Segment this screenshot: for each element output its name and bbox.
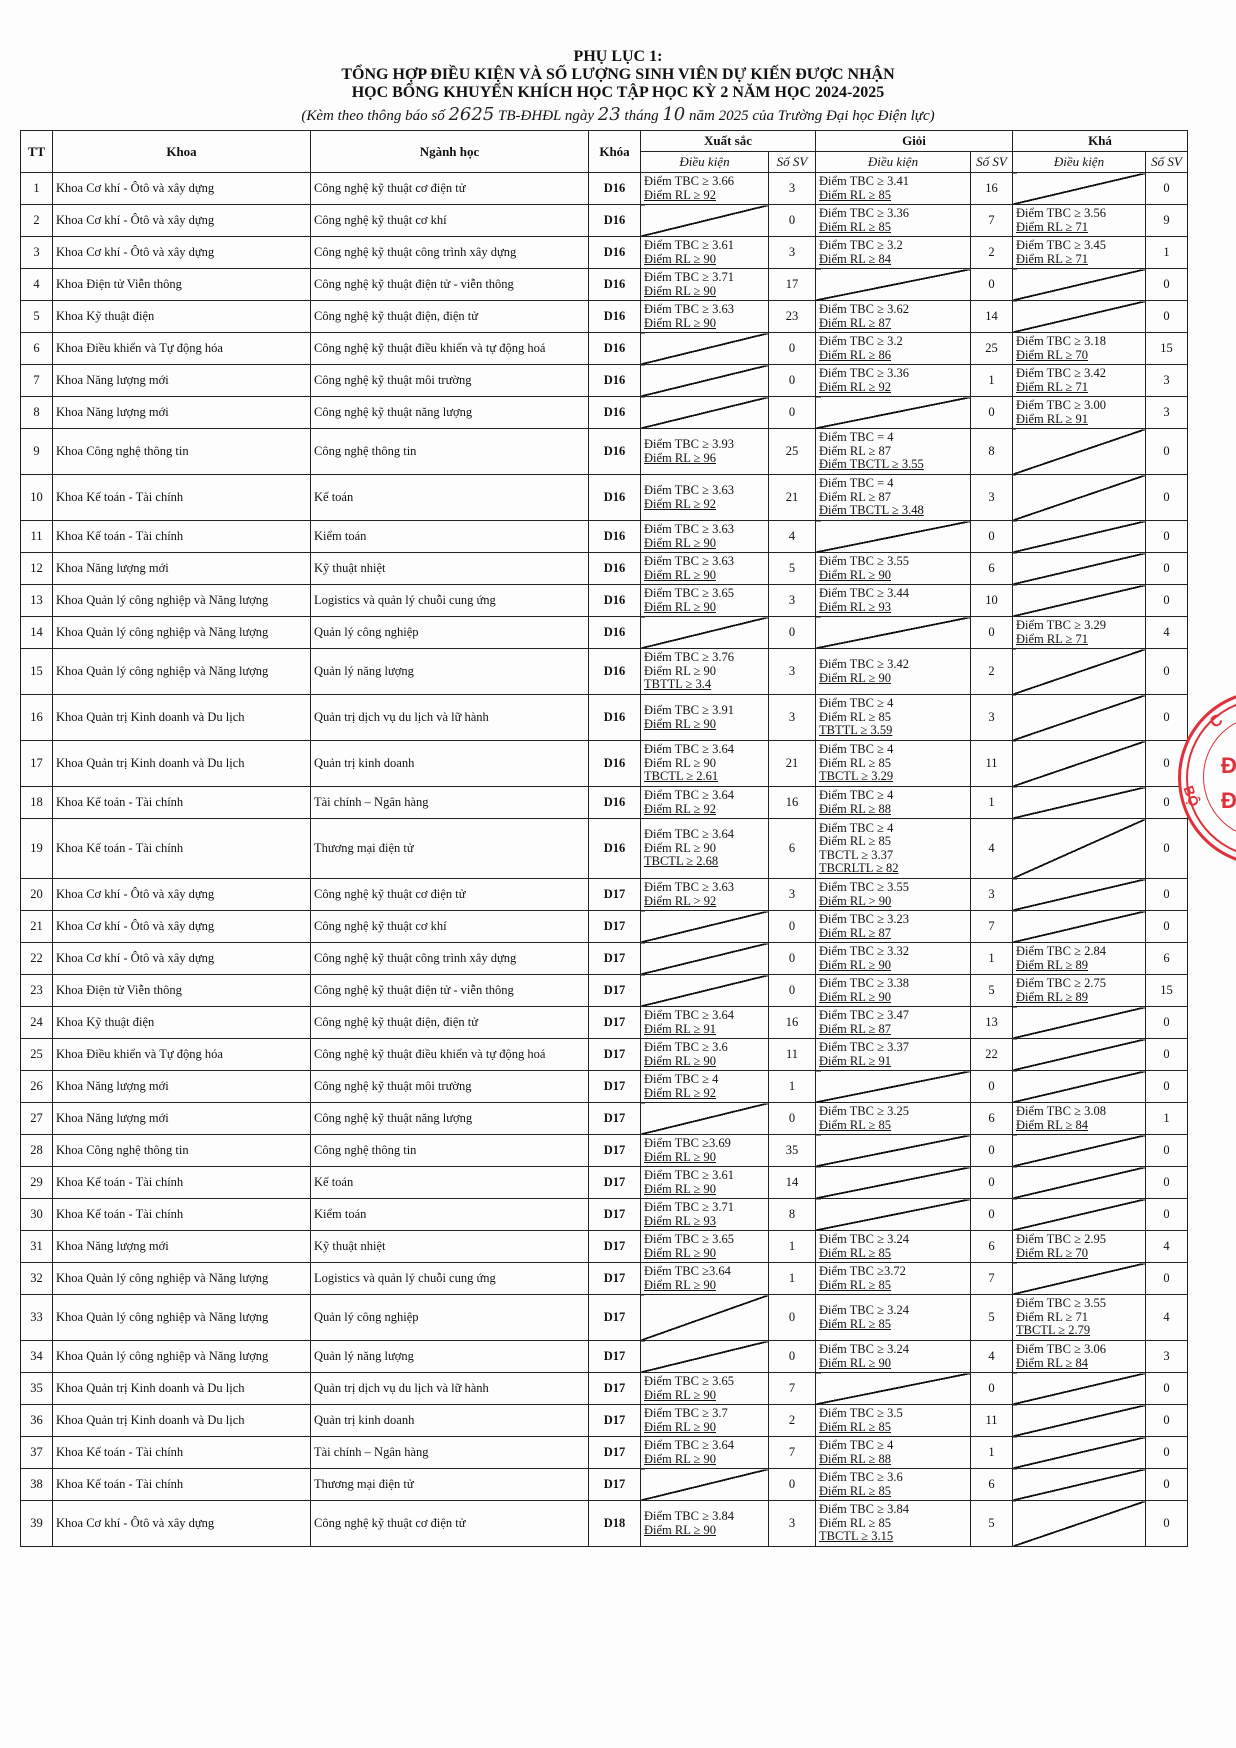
fair-student-count: 0 [1146, 173, 1188, 205]
excellent-conditions-empty [641, 365, 769, 397]
fair-conditions-empty [1013, 741, 1146, 787]
fair-student-count: 0 [1146, 553, 1188, 585]
fair-conditions-empty [1013, 1071, 1146, 1103]
condition-line: Điểm RL ≥ 86 [819, 349, 967, 363]
cohort: D17 [589, 879, 641, 911]
row-number: 8 [21, 397, 53, 429]
fair-student-count: 0 [1146, 695, 1188, 741]
table-row: 9Khoa Công nghệ thông tinCông nghệ thông… [21, 429, 1188, 475]
fair-conditions: Điểm TBC ≥ 2.75Điểm RL ≥ 89 [1013, 975, 1146, 1007]
fair-student-count: 0 [1146, 1071, 1188, 1103]
good-student-count: 0 [971, 617, 1013, 649]
good-student-count: 3 [971, 475, 1013, 521]
condition-line: TBCTL ≥ 2.61 [644, 770, 765, 784]
condition-line: Điểm RL ≥ 92 [644, 803, 765, 817]
condition-line: Điểm RL ≥ 85 [819, 1318, 967, 1332]
excellent-conditions: Điểm TBC ≥ 3.65Điểm RL ≥ 90 [641, 585, 769, 617]
row-number: 21 [21, 911, 53, 943]
table-row: 1Khoa Cơ khí - Ôtô và xây dựngCông nghệ … [21, 173, 1188, 205]
condition-line: Điểm RL ≥ 87 [819, 927, 967, 941]
cohort: D17 [589, 1103, 641, 1135]
condition-line: Điểm RL ≥ 90 [644, 1247, 765, 1261]
row-number: 35 [21, 1373, 53, 1405]
fair-student-count: 4 [1146, 1231, 1188, 1263]
faculty-name: Khoa Năng lượng mới [53, 397, 311, 429]
row-number: 31 [21, 1231, 53, 1263]
row-number: 6 [21, 333, 53, 365]
faculty-name: Khoa Kế toán - Tài chính [53, 819, 311, 879]
good-student-count: 1 [971, 1437, 1013, 1469]
row-number: 3 [21, 237, 53, 269]
good-student-count: 0 [971, 1167, 1013, 1199]
condition-line: Điểm RL ≥ 89 [1016, 991, 1142, 1005]
fair-student-count: 1 [1146, 237, 1188, 269]
table-row: 17Khoa Quản trị Kinh doanh và Du lịchQuả… [21, 741, 1188, 787]
condition-line: Điểm RL ≥ 85 [819, 835, 967, 849]
fair-conditions-empty [1013, 1373, 1146, 1405]
fair-student-count: 0 [1146, 911, 1188, 943]
major-name: Quản lý công nghiệp [311, 617, 589, 649]
condition-line: Điểm TBC ≥ 3.63 [644, 881, 765, 895]
faculty-name: Khoa Quản lý công nghiệp và Năng lượng [53, 649, 311, 695]
major-name: Quản trị dịch vụ du lịch và lữ hành [311, 1373, 589, 1405]
cohort: D16 [589, 695, 641, 741]
condition-line: Điểm TBC ≥ 3.91 [644, 704, 765, 718]
header-nganh: Ngành học [311, 131, 589, 173]
good-conditions: Điểm TBC ≥ 3.32Điểm RL ≥ 90 [816, 943, 971, 975]
header-xuat-sac: Xuất sắc [641, 131, 816, 152]
excellent-student-count: 1 [769, 1071, 816, 1103]
condition-line: Điểm RL ≥ 90 [644, 665, 765, 679]
condition-line: Điểm RL ≥ 90 [819, 991, 967, 1005]
fair-conditions-empty [1013, 1135, 1146, 1167]
excellent-conditions: Điểm TBC ≥ 3.64Điểm RL ≥ 92 [641, 787, 769, 819]
good-conditions: Điểm TBC ≥ 4Điểm RL ≥ 85TBCTL ≥ 3.37TBCR… [816, 819, 971, 879]
condition-line: Điểm TBC ≥ 3.61 [644, 1169, 765, 1183]
excellent-conditions-empty [641, 1103, 769, 1135]
row-number: 11 [21, 521, 53, 553]
condition-line: Điểm RL ≥ 87 [819, 491, 967, 505]
table-row: 37Khoa Kế toán - Tài chínhTài chính – Ng… [21, 1437, 1188, 1469]
header-xs-so-sv: Số SV [769, 152, 816, 173]
good-conditions-empty [816, 617, 971, 649]
condition-line: Điểm TBCTL ≥ 3.55 [819, 458, 967, 472]
faculty-name: Khoa Năng lượng mới [53, 553, 311, 585]
condition-line: Điểm TBC ≥ 3.42 [1016, 367, 1142, 381]
condition-line: Điểm RL ≥ 88 [819, 1453, 967, 1467]
faculty-name: Khoa Kế toán - Tài chính [53, 475, 311, 521]
faculty-name: Khoa Cơ khí - Ôtô và xây dựng [53, 237, 311, 269]
row-number: 39 [21, 1501, 53, 1547]
excellent-student-count: 21 [769, 475, 816, 521]
condition-line: Điểm RL ≥ 92 [819, 381, 967, 395]
cohort: D16 [589, 397, 641, 429]
condition-line: Điểm RL ≥ 87 [819, 1023, 967, 1037]
fair-conditions-empty [1013, 585, 1146, 617]
good-student-count: 0 [971, 1135, 1013, 1167]
row-number: 1 [21, 173, 53, 205]
row-number: 32 [21, 1263, 53, 1295]
table-row: 22Khoa Cơ khí - Ôtô và xây dựngCông nghệ… [21, 943, 1188, 975]
faculty-name: Khoa Điều khiển và Tự động hóa [53, 333, 311, 365]
condition-line: Điểm TBC ≥ 3.55 [1016, 1297, 1142, 1311]
major-name: Công nghệ thông tin [311, 429, 589, 475]
condition-line: Điểm RL ≥ 91 [1016, 413, 1142, 427]
faculty-name: Khoa Quản trị Kinh doanh và Du lịch [53, 741, 311, 787]
condition-line: Điểm TBC ≥ 2.84 [1016, 945, 1142, 959]
condition-line: Điểm TBC = 4 [819, 431, 967, 445]
row-number: 18 [21, 787, 53, 819]
fair-student-count: 3 [1146, 1341, 1188, 1373]
notice-number: 2625 [448, 104, 494, 125]
faculty-name: Khoa Cơ khí - Ôtô và xây dựng [53, 943, 311, 975]
table-row: 14Khoa Quản lý công nghiệp và Năng lượng… [21, 617, 1188, 649]
condition-line: Điểm TBC ≥ 3.5 [819, 1407, 967, 1421]
good-conditions: Điểm TBC ≥ 3.25Điểm RL ≥ 85 [816, 1103, 971, 1135]
excellent-student-count: 4 [769, 521, 816, 553]
fair-conditions: Điểm TBC ≥ 2.84Điểm RL ≥ 89 [1013, 943, 1146, 975]
major-name: Công nghệ kỹ thuật cơ khí [311, 205, 589, 237]
row-number: 9 [21, 429, 53, 475]
table-row: 11Khoa Kế toán - Tài chínhKiểm toánD16Đi… [21, 521, 1188, 553]
excellent-student-count: 0 [769, 205, 816, 237]
condition-line: Điểm RL ≥ 91 [819, 1055, 967, 1069]
condition-line: Điểm TBC ≥ 3.84 [819, 1503, 967, 1517]
row-number: 29 [21, 1167, 53, 1199]
good-conditions: Điểm TBC ≥ 3.37Điểm RL ≥ 91 [816, 1039, 971, 1071]
cohort: D16 [589, 475, 641, 521]
table-row: 38Khoa Kế toán - Tài chínhThương mại điệ… [21, 1469, 1188, 1501]
condition-line: Điểm RL ≥ 85 [819, 1517, 967, 1531]
condition-line: TBCTL ≥ 2.68 [644, 855, 765, 869]
major-name: Quản trị kinh doanh [311, 741, 589, 787]
major-name: Công nghệ thông tin [311, 1135, 589, 1167]
condition-line: Điểm RL ≥ 90 [644, 842, 765, 856]
header-xs-dieu-kien: Điều kiện [641, 152, 769, 173]
cohort: D17 [589, 1373, 641, 1405]
excellent-student-count: 14 [769, 1167, 816, 1199]
major-name: Kiểm toán [311, 521, 589, 553]
major-name: Công nghệ kỹ thuật năng lượng [311, 397, 589, 429]
condition-line: Điểm RL ≥ 90 [644, 1524, 765, 1538]
cohort: D16 [589, 617, 641, 649]
major-name: Thương mại điện tử [311, 819, 589, 879]
excellent-conditions: Điểm TBC ≥ 3.64Điểm RL ≥ 91 [641, 1007, 769, 1039]
good-conditions: Điểm TBC ≥ 3.38Điểm RL ≥ 90 [816, 975, 971, 1007]
condition-line: Điểm TBC ≥ 3.24 [819, 1343, 967, 1357]
good-conditions: Điểm TBC ≥ 3.24Điểm RL ≥ 85 [816, 1231, 971, 1263]
excellent-conditions-empty [641, 205, 769, 237]
fair-conditions-empty [1013, 787, 1146, 819]
cohort: D16 [589, 787, 641, 819]
condition-line: TBCTL ≥ 3.15 [819, 1530, 967, 1544]
document-title-line2: HỌC BỔNG KHUYẾN KHÍCH HỌC TẬP HỌC KỲ 2 N… [0, 84, 1236, 102]
excellent-conditions-empty [641, 333, 769, 365]
good-conditions: Điểm TBC ≥ 3.44Điểm RL ≥ 93 [816, 585, 971, 617]
condition-line: Điểm RL ≥ 90 [819, 1357, 967, 1371]
excellent-conditions: Điểm TBC ≥ 3.64Điểm RL ≥ 90TBCTL ≥ 2.68 [641, 819, 769, 879]
row-number: 13 [21, 585, 53, 617]
row-number: 20 [21, 879, 53, 911]
fair-student-count: 0 [1146, 1039, 1188, 1071]
fair-conditions: Điểm TBC ≥ 3.56Điểm RL ≥ 71 [1013, 205, 1146, 237]
excellent-conditions: Điểm TBC ≥ 3.71Điểm RL ≥ 93 [641, 1199, 769, 1231]
fair-student-count: 4 [1146, 617, 1188, 649]
fair-student-count: 0 [1146, 879, 1188, 911]
condition-line: Điểm TBC ≥ 3.63 [644, 303, 765, 317]
fair-student-count: 1 [1146, 1103, 1188, 1135]
table-row: 24Khoa Kỹ thuật điệnCông nghệ kỹ thuật đ… [21, 1007, 1188, 1039]
condition-line: Điểm TBC ≥ 3.62 [819, 303, 967, 317]
fair-student-count: 0 [1146, 1405, 1188, 1437]
excellent-student-count: 21 [769, 741, 816, 787]
subtitle-part: TB-ĐHĐL ngày [494, 108, 597, 124]
condition-line: Điểm TBC ≥ 3.61 [644, 239, 765, 253]
row-number: 38 [21, 1469, 53, 1501]
table-row: 30Khoa Kế toán - Tài chínhKiểm toánD17Đi… [21, 1199, 1188, 1231]
cohort: D18 [589, 1501, 641, 1547]
fair-student-count: 4 [1146, 1295, 1188, 1341]
fair-student-count: 0 [1146, 1167, 1188, 1199]
excellent-student-count: 35 [769, 1135, 816, 1167]
excellent-conditions-empty [641, 911, 769, 943]
seal-letter: BỘ [1180, 783, 1202, 808]
good-conditions-empty [816, 397, 971, 429]
condition-line: Điểm RL ≥ 90 [644, 1389, 765, 1403]
row-number: 16 [21, 695, 53, 741]
fair-student-count: 0 [1146, 1469, 1188, 1501]
document-title-line1: TỔNG HỢP ĐIỀU KIỆN VÀ SỐ LƯỢNG SINH VIÊN… [0, 66, 1236, 84]
fair-student-count: 0 [1146, 1373, 1188, 1405]
subtitle-part: tháng [621, 108, 663, 124]
condition-line: Điểm RL ≥ 70 [1016, 1247, 1142, 1261]
fair-conditions-empty [1013, 879, 1146, 911]
condition-line: Điểm RL ≥ 90 [819, 569, 967, 583]
fair-conditions-empty [1013, 1405, 1146, 1437]
fair-conditions: Điểm TBC ≥ 2.95Điểm RL ≥ 70 [1013, 1231, 1146, 1263]
header-tt: TT [21, 131, 53, 173]
condition-line: Điểm TBC ≥ 3.56 [1016, 207, 1142, 221]
condition-line: Điểm RL ≥ 71 [1016, 1311, 1142, 1325]
excellent-student-count: 11 [769, 1039, 816, 1071]
fair-conditions-empty [1013, 695, 1146, 741]
fair-student-count: 15 [1146, 975, 1188, 1007]
cohort: D16 [589, 205, 641, 237]
excellent-conditions: Điểm TBC ≥ 3.93Điểm RL ≥ 96 [641, 429, 769, 475]
condition-line: Điểm RL ≥ 90 [819, 672, 967, 686]
row-number: 10 [21, 475, 53, 521]
major-name: Công nghệ kỹ thuật công trình xây dựng [311, 237, 589, 269]
good-conditions: Điểm TBC ≥ 3.62Điểm RL ≥ 87 [816, 301, 971, 333]
faculty-name: Khoa Năng lượng mới [53, 365, 311, 397]
header-gioi-dieu-kien: Điều kiện [816, 152, 971, 173]
condition-line: Điểm RL ≥ 71 [1016, 633, 1142, 647]
table-row: 39Khoa Cơ khí - Ôtô và xây dựngCông nghệ… [21, 1501, 1188, 1547]
condition-line: Điểm TBC ≥ 3.65 [644, 587, 765, 601]
excellent-student-count: 1 [769, 1263, 816, 1295]
condition-line: Điểm RL ≥ 90 [644, 569, 765, 583]
excellent-conditions: Điểm TBC ≥ 3.63Điểm RL ≥ 90 [641, 521, 769, 553]
excellent-student-count: 0 [769, 1469, 816, 1501]
faculty-name: Khoa Năng lượng mới [53, 1103, 311, 1135]
excellent-student-count: 3 [769, 237, 816, 269]
condition-line: Điểm TBC ≥3.69 [644, 1137, 765, 1151]
document-subtitle: (Kèm theo thông báo số 2625 TB-ĐHĐL ngày… [0, 104, 1236, 125]
table-row: 34Khoa Quản lý công nghiệp và Năng lượng… [21, 1341, 1188, 1373]
cohort: D16 [589, 741, 641, 787]
good-conditions-empty [816, 1167, 971, 1199]
condition-line: Điểm RL ≥ 85 [819, 1279, 967, 1293]
condition-line: Điểm TBC ≥ 4 [819, 697, 967, 711]
fair-student-count: 0 [1146, 1135, 1188, 1167]
table-row: 26Khoa Năng lượng mớiCông nghệ kỹ thuật … [21, 1071, 1188, 1103]
cohort: D16 [589, 585, 641, 617]
row-number: 2 [21, 205, 53, 237]
faculty-name: Khoa Kế toán - Tài chính [53, 521, 311, 553]
condition-line: TBCTL ≥ 2.79 [1016, 1324, 1142, 1338]
fair-student-count: 6 [1146, 943, 1188, 975]
fair-student-count: 0 [1146, 301, 1188, 333]
good-student-count: 22 [971, 1039, 1013, 1071]
good-student-count: 11 [971, 741, 1013, 787]
excellent-student-count: 3 [769, 695, 816, 741]
good-student-count: 0 [971, 397, 1013, 429]
good-student-count: 0 [971, 269, 1013, 301]
faculty-name: Khoa Quản trị Kinh doanh và Du lịch [53, 1373, 311, 1405]
table-body: 1Khoa Cơ khí - Ôtô và xây dựngCông nghệ … [21, 173, 1188, 1547]
cohort: D17 [589, 975, 641, 1007]
cohort: D16 [589, 521, 641, 553]
table-row: 10Khoa Kế toán - Tài chínhKế toánD16Điểm… [21, 475, 1188, 521]
good-student-count: 5 [971, 1295, 1013, 1341]
faculty-name: Khoa Cơ khí - Ôtô và xây dựng [53, 173, 311, 205]
good-conditions: Điểm TBC ≥ 3.2Điểm RL ≥ 84 [816, 237, 971, 269]
fair-student-count: 0 [1146, 819, 1188, 879]
major-name: Công nghệ kỹ thuật điều khiển và tự động… [311, 1039, 589, 1071]
condition-line: Điểm TBC ≥ 3.65 [644, 1375, 765, 1389]
excellent-student-count: 17 [769, 269, 816, 301]
good-student-count: 1 [971, 787, 1013, 819]
faculty-name: Khoa Quản lý công nghiệp và Năng lượng [53, 617, 311, 649]
good-student-count: 3 [971, 695, 1013, 741]
good-conditions-empty [816, 1135, 971, 1167]
fair-student-count: 3 [1146, 397, 1188, 429]
faculty-name: Khoa Kỹ thuật điện [53, 301, 311, 333]
condition-line: Điểm TBC ≥ 4 [819, 789, 967, 803]
condition-line: Điểm TBC ≥ 3.55 [819, 555, 967, 569]
fair-conditions-empty [1013, 819, 1146, 879]
good-conditions: Điểm TBC ≥ 3.84Điểm RL ≥ 85TBCTL ≥ 3.15 [816, 1501, 971, 1547]
condition-line: Điểm TBC ≥ 3.42 [819, 658, 967, 672]
fair-student-count: 15 [1146, 333, 1188, 365]
faculty-name: Khoa Cơ khí - Ôtô và xây dựng [53, 1501, 311, 1547]
condition-line: Điểm TBC ≥ 3.47 [819, 1009, 967, 1023]
fair-conditions-empty [1013, 1039, 1146, 1071]
excellent-student-count: 1 [769, 1231, 816, 1263]
excellent-student-count: 0 [769, 1103, 816, 1135]
condition-line: Điểm RL ≥ 90 [644, 1453, 765, 1467]
row-number: 23 [21, 975, 53, 1007]
major-name: Công nghệ kỹ thuật điều khiển và tự động… [311, 333, 589, 365]
scholarship-table: TT Khoa Ngành học Khóa Xuất sắc Giỏi Khá… [20, 130, 1188, 1547]
subtitle-part: (Kèm theo thông báo số [301, 108, 448, 124]
condition-line: Điểm RL ≥ 88 [819, 803, 967, 817]
good-student-count: 7 [971, 205, 1013, 237]
good-student-count: 4 [971, 1341, 1013, 1373]
major-name: Công nghệ kỹ thuật công trình xây dựng [311, 943, 589, 975]
good-conditions: Điểm TBC ≥ 3.6Điểm RL ≥ 85 [816, 1469, 971, 1501]
faculty-name: Khoa Quản lý công nghiệp và Năng lượng [53, 1263, 311, 1295]
good-conditions-empty [816, 269, 971, 301]
excellent-student-count: 0 [769, 943, 816, 975]
condition-line: TBCRLTL ≥ 82 [819, 862, 967, 876]
excellent-conditions: Điểm TBC ≥ 3.76Điểm RL ≥ 90TBTTL ≥ 3.4 [641, 649, 769, 695]
excellent-student-count: 23 [769, 301, 816, 333]
faculty-name: Khoa Điện tử Viễn thông [53, 975, 311, 1007]
table-row: 12Khoa Năng lượng mớiKỹ thuật nhiệtD16Đi… [21, 553, 1188, 585]
good-student-count: 0 [971, 1373, 1013, 1405]
major-name: Công nghệ kỹ thuật điện tử - viễn thông [311, 975, 589, 1007]
good-student-count: 5 [971, 975, 1013, 1007]
cohort: D16 [589, 333, 641, 365]
cohort: D17 [589, 1231, 641, 1263]
row-number: 19 [21, 819, 53, 879]
condition-line: Điểm TBC ≥ 3.65 [644, 1233, 765, 1247]
excellent-conditions: Điểm TBC ≥ 3.63Điểm RL ≥ 92 [641, 475, 769, 521]
table-row: 28Khoa Công nghệ thông tinCông nghệ thôn… [21, 1135, 1188, 1167]
major-name: Công nghệ kỹ thuật môi trường [311, 1071, 589, 1103]
good-conditions: Điểm TBC ≥ 4Điểm RL ≥ 88 [816, 1437, 971, 1469]
cohort: D16 [589, 237, 641, 269]
excellent-student-count: 2 [769, 1405, 816, 1437]
condition-line: Điểm RL ≥ 71 [1016, 221, 1142, 235]
table-row: 31Khoa Năng lượng mớiKỹ thuật nhiệtD17Đi… [21, 1231, 1188, 1263]
good-student-count: 10 [971, 585, 1013, 617]
excellent-conditions: Điểm TBC ≥ 3.63Điểm RL ≥ 90 [641, 553, 769, 585]
good-student-count: 6 [971, 553, 1013, 585]
table-row: 21Khoa Cơ khí - Ôtô và xây dựngCông nghệ… [21, 911, 1188, 943]
major-name: Công nghệ kỹ thuật cơ điện tử [311, 879, 589, 911]
cohort: D16 [589, 429, 641, 475]
fair-student-count: 0 [1146, 269, 1188, 301]
excellent-conditions: Điểm TBC ≥ 3.65Điểm RL ≥ 90 [641, 1231, 769, 1263]
condition-line: Điểm TBC ≥ 3.44 [819, 587, 967, 601]
condition-line: Điểm TBC ≥ 3.18 [1016, 335, 1142, 349]
cohort: D17 [589, 1263, 641, 1295]
excellent-student-count: 6 [769, 819, 816, 879]
excellent-conditions-empty [641, 1295, 769, 1341]
condition-line: Điểm RL ≥ 85 [819, 1421, 967, 1435]
cohort: D17 [589, 1437, 641, 1469]
faculty-name: Khoa Kế toán - Tài chính [53, 1199, 311, 1231]
fair-student-count: 3 [1146, 365, 1188, 397]
condition-line: Điểm RL ≥ 71 [1016, 381, 1142, 395]
condition-line: Điểm TBC ≥ 3.64 [644, 743, 765, 757]
good-conditions: Điểm TBC ≥ 3.41Điểm RL ≥ 85 [816, 173, 971, 205]
header-kha-dieu-kien: Điều kiện [1013, 152, 1146, 173]
condition-line: Điểm RL ≥ 90 [644, 1279, 765, 1293]
major-name: Quản trị dịch vụ du lịch và lữ hành [311, 695, 589, 741]
fair-student-count: 0 [1146, 1501, 1188, 1547]
condition-line: TBCTL ≥ 3.37 [819, 849, 967, 863]
major-name: Công nghệ kỹ thuật cơ điện tử [311, 1501, 589, 1547]
condition-line: Điểm RL ≥ 89 [1016, 959, 1142, 973]
excellent-conditions-empty [641, 1469, 769, 1501]
condition-line: Điểm RL ≥ 90 [819, 959, 967, 973]
faculty-name: Khoa Quản trị Kinh doanh và Du lịch [53, 695, 311, 741]
row-number: 34 [21, 1341, 53, 1373]
condition-line: Điểm RL ≥ 91 [644, 1023, 765, 1037]
